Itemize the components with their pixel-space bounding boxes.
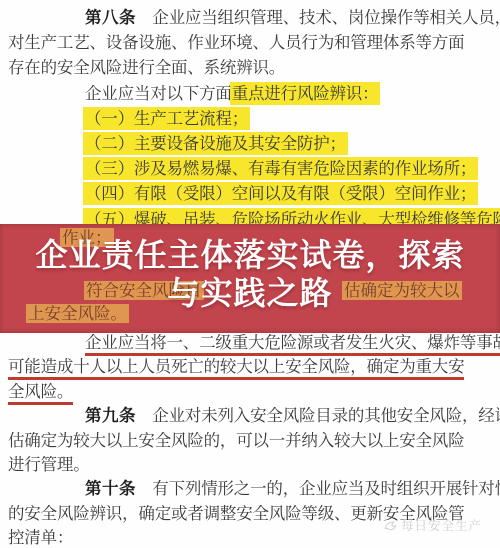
body-text: 有下列情形之一的，企业应当及时组织开展针对性 — [136, 479, 500, 498]
document-line: 全风险。 — [8, 380, 496, 404]
article-page: 第八条 企业应当组织管理、技术、岗位操作等相关人员，对生产工艺、设备设施、作业环… — [0, 0, 500, 548]
document-line: 存在的安全风险进行全面、系统辨识。 — [8, 55, 496, 80]
red-underlined-text: 可能造成十人以上人员死亡的较大以上安全风险，确定为重大安 — [8, 357, 464, 380]
document-block-top: 第八条 企业应当组织管理、技术、岗位操作等相关人员，对生产工艺、设备设施、作业环… — [8, 5, 496, 232]
document-line: （一）生产工艺流程； — [8, 106, 496, 131]
document-line: 对生产工艺、设备设施、作业环境、人员行为和管理体系等方面 — [8, 30, 496, 55]
body-text: 企业应当组织管理、技术、岗位操作等相关人员， — [136, 8, 500, 27]
document-line: 第九条 企业对未列入安全风险目录的其他安全风险，经评 — [8, 404, 496, 428]
document-line: 估确定为较大以上安全风险的，可以一并纳入较大以上安全风险 — [8, 429, 496, 453]
body-text: 进行管理。 — [8, 455, 90, 474]
article-number: 第九条 — [85, 406, 136, 425]
watermark-label: 每日安全生产 — [401, 516, 482, 534]
document-line: 企业应当将一、二级重大危险源或者发生火灾、爆炸等事故 — [8, 331, 496, 355]
body-text: 企业对未列入安全风险目录的其他安全风险，经评 — [136, 406, 500, 425]
document-line: 第八条 企业应当组织管理、技术、岗位操作等相关人员， — [8, 5, 496, 30]
highlighted-text: （三）涉及易燃易爆、有毒有害危险因素的作业场所； — [85, 159, 476, 178]
document-line: 可能造成十人以上人员死亡的较大以上安全风险，确定为重大安 — [8, 355, 496, 379]
document-line: 第十条 有下列情形之一的，企业应当及时组织开展针对性 — [8, 477, 496, 501]
red-underlined-text: 企业应当将一、二级重大危险源或者发生火灾、爆炸等事故 — [85, 333, 500, 356]
highlighted-text: （一）生产工艺流程； — [85, 109, 248, 128]
body-text: 估确定为较大以上安全风险的，可以一并纳入较大以上安全风险 — [8, 431, 464, 450]
document-line: 进行管理。 — [8, 453, 496, 477]
document-line: （二）主要设备设施及其安全防护； — [8, 131, 496, 156]
banner-title-line2: 与实践之路 — [0, 275, 500, 313]
banner-title-line1: 企业责任主体落实试卷，探索 — [0, 237, 500, 275]
document-line: 企业应当对以下方面重点进行风险辨识： — [8, 81, 496, 106]
watermark-logo-icon — [383, 518, 398, 533]
banner-title: 企业责任主体落实试卷，探索 与实践之路 — [0, 237, 500, 312]
highlighted-text: （二）主要设备设施及其安全防护； — [85, 134, 346, 153]
article-number: 第十条 — [85, 479, 136, 498]
body-text: 对生产工艺、设备设施、作业环境、人员行为和管理体系等方面 — [8, 33, 464, 52]
watermark: 每日安全生产 — [383, 516, 482, 534]
article-banner: 作业； 符合安全风险目 估确定为较大以 上安全风险。 企业责任主体落实试卷，探索… — [0, 224, 500, 333]
body-text: 企业应当对以下方面 — [85, 84, 232, 103]
red-underlined-text: 全风险。 — [8, 382, 73, 405]
highlighted-text: 重点进行风险辨识： — [232, 84, 379, 103]
document-line: （四）有限（受限）空间以及有限（受限）空间作业； — [8, 181, 496, 206]
body-text: 存在的安全风险进行全面、系统辨识。 — [8, 58, 285, 77]
document-line: （三）涉及易燃易爆、有毒有害危险因素的作业场所； — [8, 156, 496, 181]
highlighted-text: （四）有限（受限）空间以及有限（受限）空间作业； — [85, 184, 476, 203]
article-number: 第八条 — [85, 8, 136, 27]
body-text: 控清单： — [8, 528, 73, 547]
